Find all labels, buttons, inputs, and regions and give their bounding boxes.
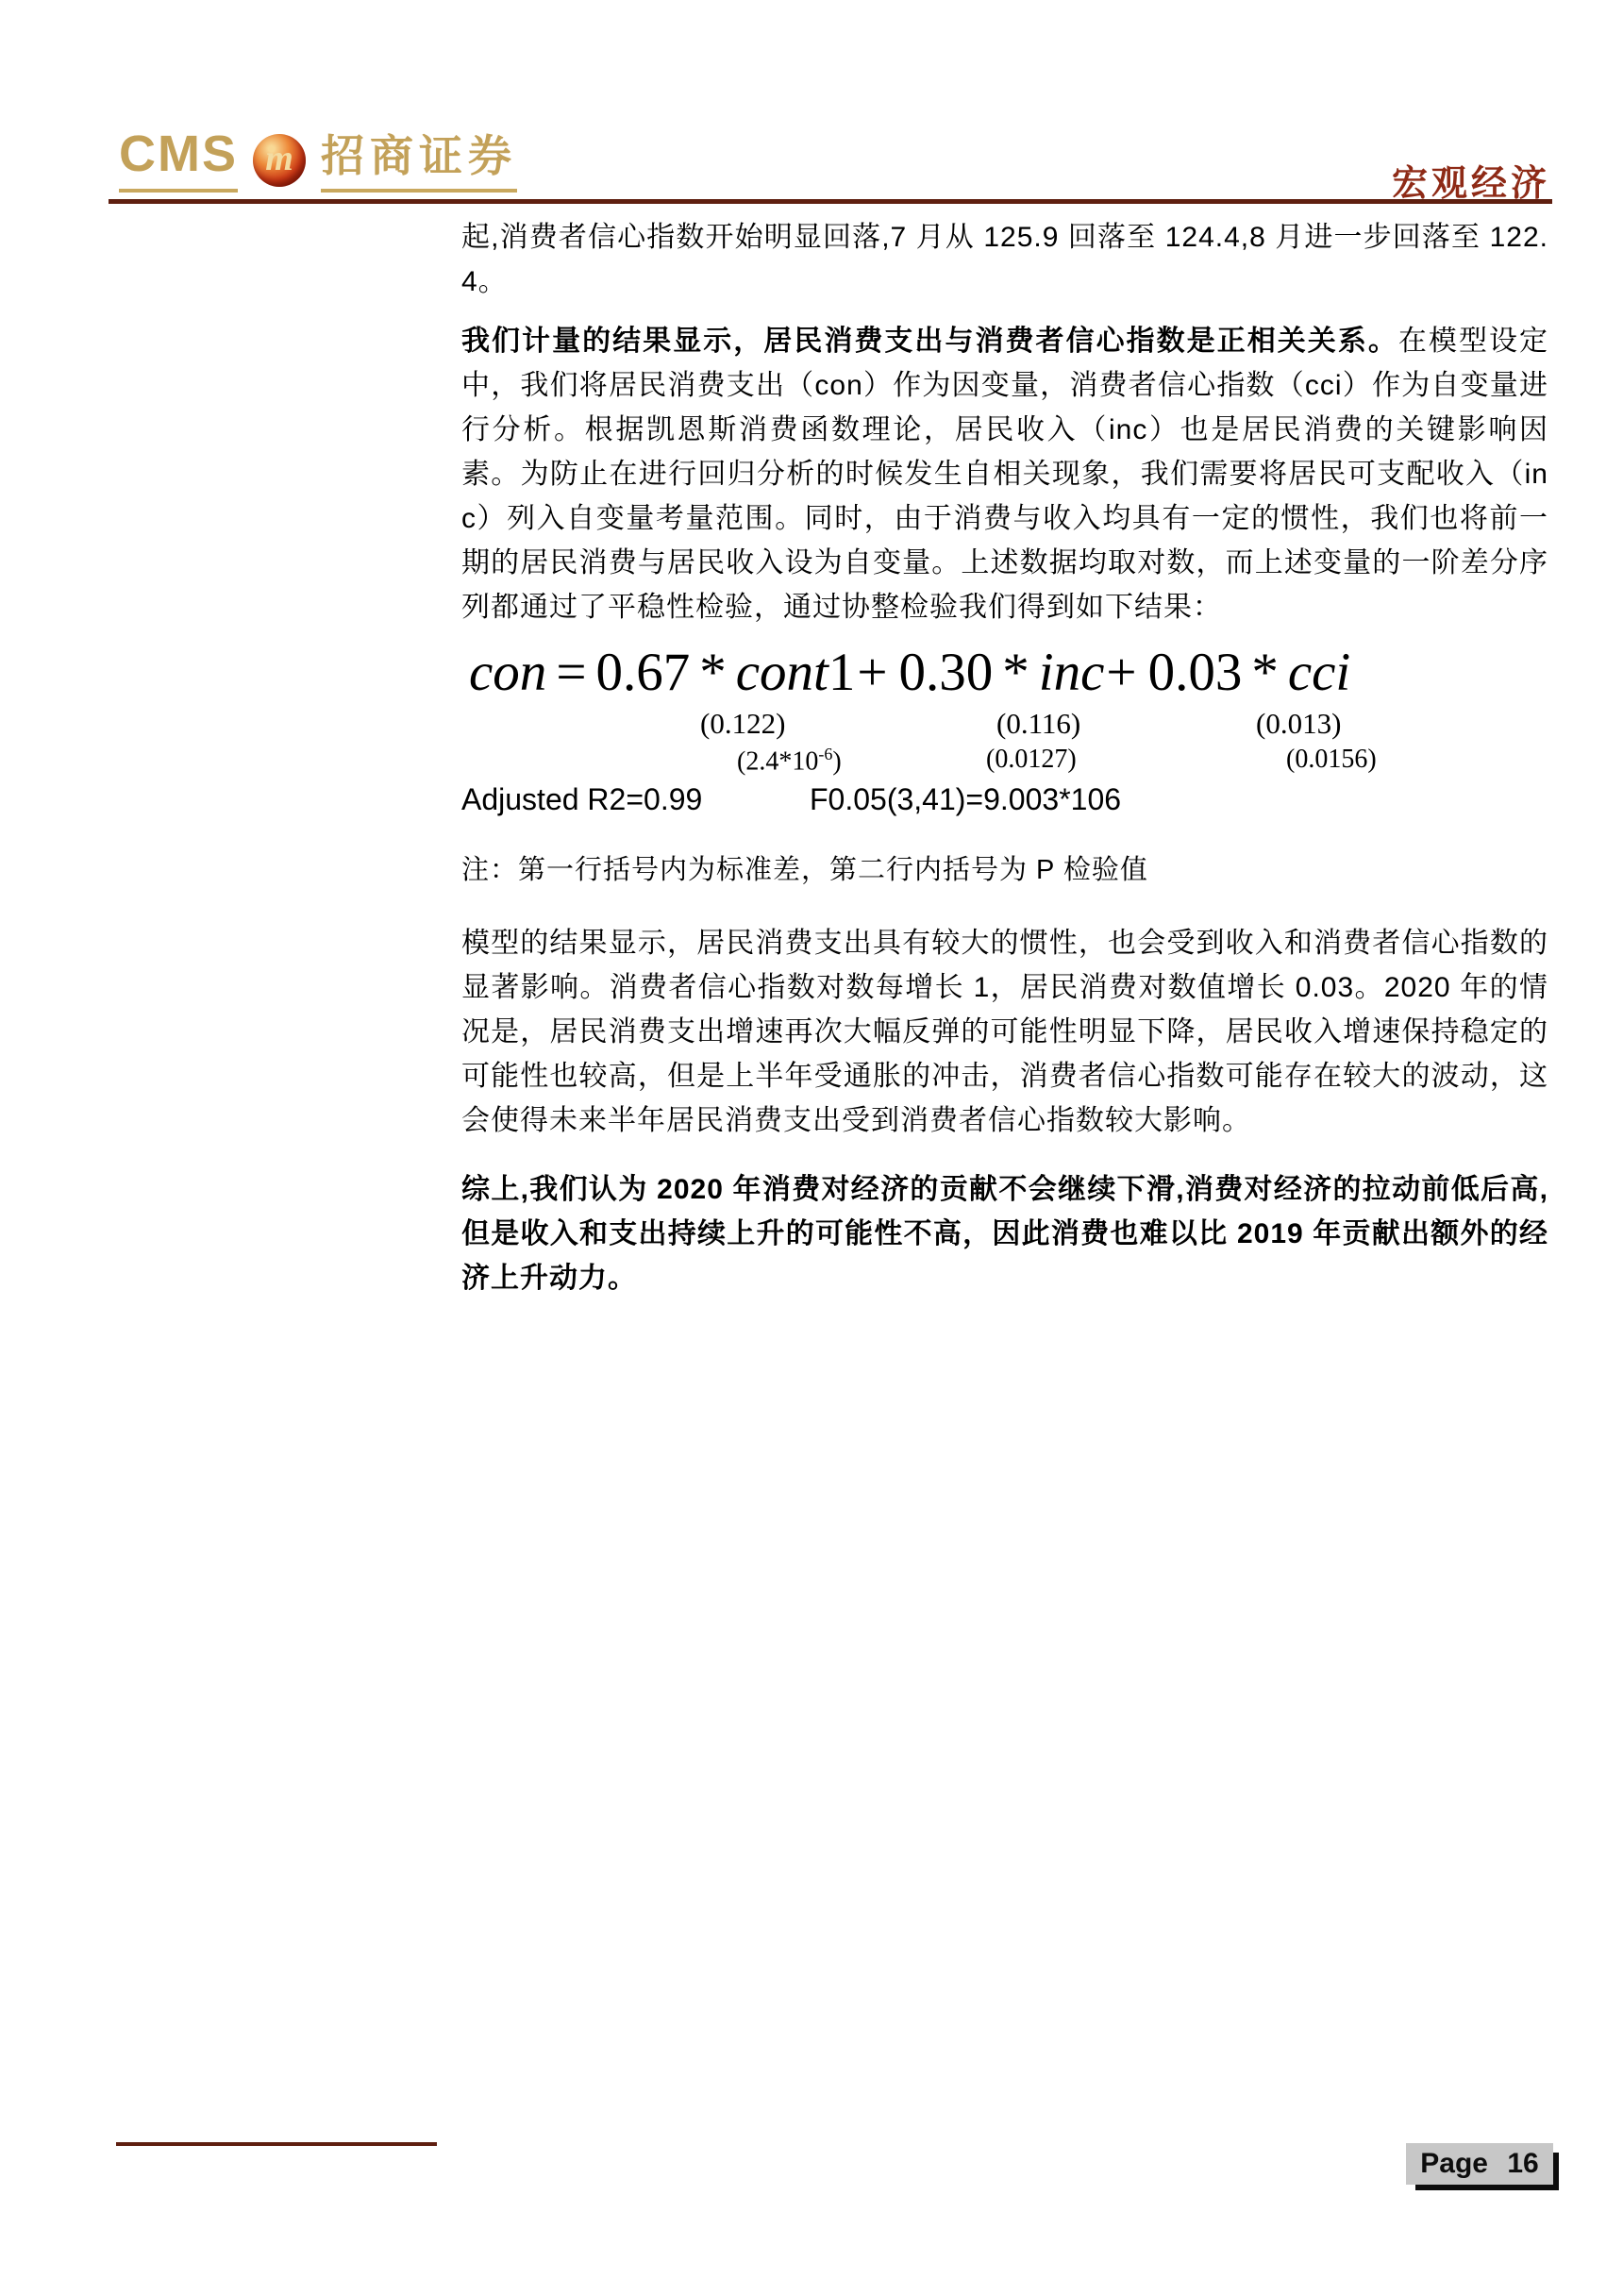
eq-star2: * <box>993 643 1039 702</box>
p-value-1: (2.4*10-6) <box>737 745 842 777</box>
eq-plus2: + <box>1104 643 1147 702</box>
orb-m-glyph: m <box>265 141 293 176</box>
paragraph-model-setup-lead: 我们计量的结果显示，居民消费支出与消费者信心指数是正相关关系。 <box>461 326 1398 357</box>
paragraph-model-setup: 我们计量的结果显示，居民消费支出与消费者信心指数是正相关关系。在模型设定中，我们… <box>461 319 1548 629</box>
eq-var3: cci <box>1288 643 1350 702</box>
p-value-row: (2.4*10-6) (0.0127) (0.0156) <box>461 745 1548 782</box>
eq-coef2: 0.30 <box>899 643 994 702</box>
f-statistic: F0.05(3,41)=9.003*106 <box>810 782 1121 817</box>
logo-company-name: 招商证券 <box>321 134 517 193</box>
cms-orb-icon: m <box>253 134 306 187</box>
regression-stats-row: Adjusted R2=0.99 F0.05(3,41)=9.003*106 <box>461 782 1548 824</box>
p-value-3: (0.0156) <box>1286 745 1377 775</box>
paragraph-model-results: 模型的结果显示，居民消费支出具有较大的惯性，也会受到收入和消费者信心指数的显著影… <box>461 921 1548 1143</box>
p-value-2: (0.0127) <box>986 745 1077 775</box>
report-page: CMS m 招商证券 宏观经济 起,消费者信心指数开始明显回落,7 月从 125… <box>0 0 1623 2296</box>
eq-coef1: 0.67 <box>595 643 690 702</box>
eq-star3: * <box>1242 643 1288 702</box>
eq-coef3: 0.03 <box>1148 643 1243 702</box>
regression-equation: con=0.67*cont1+0.30*inc+0.03*cci <box>461 639 1548 707</box>
paragraph-model-setup-rest: 在模型设定中，我们将居民消费支出（con）作为因变量，消费者信心指数（cci）作… <box>461 326 1548 623</box>
standard-error-row: (0.122) (0.116) (0.013) <box>461 707 1548 745</box>
adjusted-r2: Adjusted R2=0.99 <box>461 782 702 817</box>
eq-plus1: + <box>855 643 898 702</box>
eq-var2: inc <box>1039 643 1105 702</box>
p-value-1-base: (2.4*10 <box>737 746 818 776</box>
eq-star1: * <box>690 643 736 702</box>
footer-rule <box>116 2142 437 2146</box>
logo-cms-text: CMS <box>119 128 238 193</box>
se-value-2: (0.116) <box>996 707 1080 741</box>
regression-equation-block: con=0.67*cont1+0.30*inc+0.03*cci (0.122)… <box>461 639 1548 833</box>
report-body: 起,消费者信心指数开始明显回落,7 月从 125.9 回落至 124.4,8 月… <box>461 215 1548 1300</box>
eq-equals: = <box>546 643 595 702</box>
company-logo: CMS m 招商证券 <box>119 128 517 193</box>
eq-sub1: 1 <box>828 643 856 702</box>
eq-lhs: con <box>469 643 546 702</box>
paragraph-conclusion: 综上,我们认为 2020 年消费对经济的贡献不会继续下滑,消费对经济的拉动前低后… <box>461 1167 1548 1300</box>
p-value-1-close: ) <box>832 746 841 776</box>
paragraph-continuation: 起,消费者信心指数开始明显回落,7 月从 125.9 回落至 124.4,8 月… <box>461 215 1548 304</box>
se-value-1: (0.122) <box>700 707 785 741</box>
equation-note: 注：第一行括号内为标准差，第二行内括号为 P 检验值 <box>461 848 1548 893</box>
eq-var1: cont <box>736 643 828 702</box>
section-label: 宏观经济 <box>1392 154 1550 206</box>
p-value-1-exponent: -6 <box>818 745 832 763</box>
se-value-3: (0.013) <box>1256 707 1341 741</box>
header-rule <box>109 199 1552 204</box>
page-number-badge: Page 16 <box>1406 2143 1553 2185</box>
